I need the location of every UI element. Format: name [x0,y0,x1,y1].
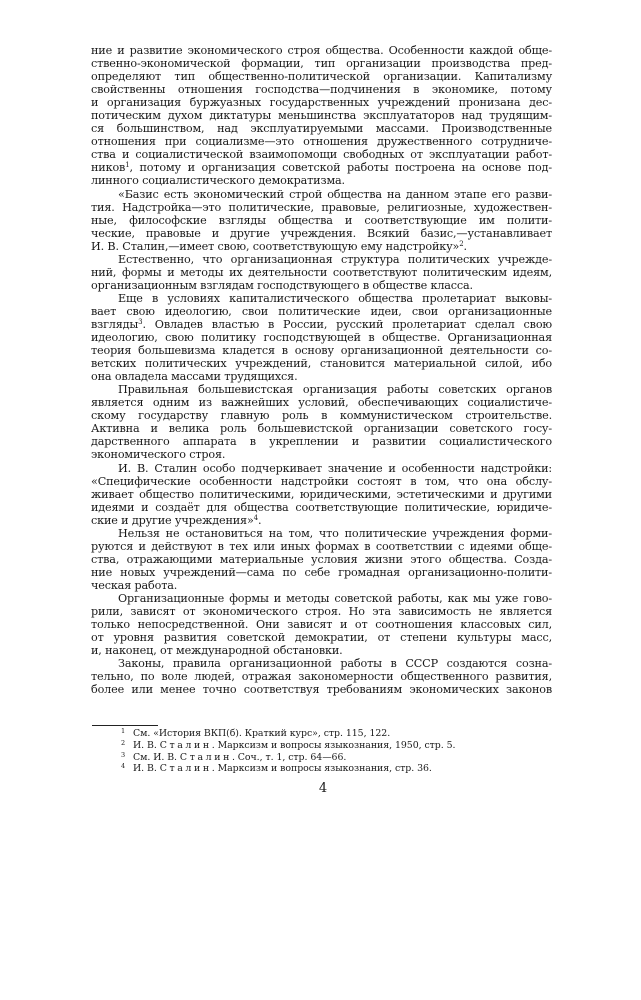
text-line: вает свою идеологию, свои политические и… [91,305,552,318]
line-text-continued: , потому и организация советской работы … [130,161,552,174]
line-text: живает общество политическими, юридическ… [91,488,552,501]
text-line: организационным взглядам господствующего… [91,279,552,292]
text-line: от уровня развития советской демократии,… [91,631,552,644]
footnote-author: Сталин [180,752,232,763]
line-text: определяют тип общественно-политической … [91,70,552,83]
text-line: теория большевизма кладется в основу орг… [91,344,552,357]
text-line: и организация буржуазных государственных… [91,96,552,109]
line-text: Организационные формы и методы советской… [118,592,552,605]
text-line: ства и социалистической взаимопомощи сво… [91,148,552,161]
line-text: экономического строя. [91,448,225,461]
text-line: является одним из важнейших условий, обе… [91,396,552,409]
text-line: И. В. Сталин особо подчеркивает значение… [91,462,552,475]
footnote-author: Сталин [160,740,212,751]
text-line: только непосредственной. Они зависят и о… [91,618,552,631]
text-line: скому государству главную роль в коммуни… [91,409,552,422]
text-line: более или менее точно соответствуя требо… [91,683,552,696]
line-text: И. В. Сталин особо подчеркивает значение… [118,462,552,475]
line-text: является одним из важнейших условий, обе… [91,396,552,409]
text-line: И. В. Сталин,—имеет свою, соответствующу… [91,240,552,253]
text-line: ства, отражающими материальные условия ж… [91,553,552,566]
text-line: Нельзя не остановиться на том, что полит… [91,527,552,540]
text-line: ческие, правовые и другие учреждения. Вс… [91,227,552,240]
line-text: ские и другие учреждения» [91,514,254,527]
footnote-text-continued: . Соч., т. 1, стр. 64—66. [232,752,346,763]
line-text: скому государству главную роль в коммуни… [91,409,552,422]
footnote: 4И. В. Сталин. Марксизм и вопросы языкоз… [121,763,541,775]
line-text: Естественно, что организационная структу… [118,253,552,266]
line-text: линного социалистического демократизма. [91,174,345,187]
line-text: и организация буржуазных государственных… [91,96,552,109]
footnotes: 1См. «История ВКП(б). Краткий курс», стр… [121,728,541,775]
line-text: она овладела массами трудящихся. [91,370,298,383]
line-text: «Базис есть экономический строй общества… [118,188,552,201]
text-line: ся большинством, над эксплуатируемыми ма… [91,122,552,135]
text-line: линного социалистического демократизма. [91,174,552,187]
line-text: ческие, правовые и другие учреждения. Вс… [91,227,552,240]
line-text-continued: . Овладев властью в России, русский прол… [142,318,552,331]
text-line: рили, зависят от экономического строя. Н… [91,605,552,618]
line-text: организационным взглядам господствующего… [91,279,473,292]
text-line: она овладела массами трудящихся. [91,370,552,383]
text-line: ские и другие учреждения»4. [91,514,552,527]
text-line: свойственны отношения господства—подчине… [91,83,552,96]
footnote-divider [92,725,158,726]
text-line: дарственного аппарата в укреплении и раз… [91,435,552,448]
text-line: Еще в условиях капиталистического общест… [91,292,552,305]
line-text: рили, зависят от экономического строя. Н… [91,605,552,618]
text-line: Правильная большевистская организация ра… [91,383,552,396]
line-text: Нельзя не остановиться на том, что полит… [118,527,552,540]
line-text: свойственны отношения господства—подчине… [91,83,552,96]
text-line: ветских политических учреждений, станови… [91,357,552,370]
text-line: «Базис есть экономический строй общества… [91,188,552,201]
text-line: и, наконец, от международной обстановки. [91,644,552,657]
text-line: потическим духом диктатуры меньшинства э… [91,109,552,122]
document-page: ние и развитие экономического строя обще… [0,0,641,1000]
line-text: ние и развитие экономического строя обще… [91,44,552,57]
footnote-text: И. В. [133,763,160,774]
footnote: 2И. В. Сталин. Марксизм и вопросы языкоз… [121,740,541,752]
line-text: ческая работа. [91,579,177,592]
line-text: отношения при социализме—это отношения д… [91,135,552,148]
line-text: идеями и создаёт для общества соответств… [91,501,552,514]
text-line: определяют тип общественно-политической … [91,70,552,83]
text-line: ний, формы и методы их деятельности соот… [91,266,552,279]
line-text: ства и социалистической взаимопомощи сво… [91,148,552,161]
line-text: вает свою идеологию, свои политические и… [91,305,552,318]
line-text: и, наконец, от международной обстановки. [91,644,343,657]
line-text: «Специфические особенности надстройки со… [91,475,552,488]
text-line: ческая работа. [91,579,552,592]
line-text-continued: . [258,514,261,527]
line-text: Законы, правила организационной работы в… [118,657,552,670]
text-line: отношения при социализме—это отношения д… [91,135,552,148]
line-text: ветских политических учреждений, станови… [91,357,552,370]
text-line: ние и развитие экономического строя обще… [91,44,552,57]
page-number: 4 [317,781,329,796]
line-text: более или менее точно соответствуя требо… [91,683,552,696]
text-line: руются и действуют в тех или иных формах… [91,540,552,553]
text-line: идеологию, свою политику господствующей … [91,331,552,344]
footnote: 3См. И. В. Сталин. Соч., т. 1, стр. 64—6… [121,752,541,764]
text-line: идеями и создаёт для общества соответств… [91,501,552,514]
line-text: Еще в условиях капиталистического общест… [118,292,552,305]
text-line: ные, философские взгляды общества и соот… [91,214,552,227]
line-text: Правильная большевистская организация ра… [118,383,552,396]
line-text: потическим духом диктатуры меньшинства э… [91,109,552,122]
line-text: ний, формы и методы их деятельности соот… [91,266,552,279]
line-text: ников [91,161,125,174]
line-text: только непосредственной. Они зависят и о… [91,618,552,631]
text-line: ников1, потому и организация советской р… [91,161,552,174]
line-text: И. В. Сталин,—имеет свою, соответствующу… [91,240,459,253]
text-line: живает общество политическими, юридическ… [91,488,552,501]
line-text: тия. Надстройка—это политические, правов… [91,201,552,214]
line-text: ственно-экономической формации, тип орга… [91,57,552,70]
footnote: 1См. «История ВКП(б). Краткий курс», стр… [121,728,541,740]
text-line: Естественно, что организационная структу… [91,253,552,266]
text-line: экономического строя. [91,448,552,461]
text-line: Активна и велика роль большевистской орг… [91,422,552,435]
line-text: взгляды [91,318,138,331]
line-text: руются и действуют в тех или иных формах… [91,540,552,553]
footnote-text: И. В. [133,740,160,751]
line-text: ние новых учреждений—сама по себе громад… [91,566,552,579]
text-line: «Специфические особенности надстройки со… [91,475,552,488]
footnote-text-continued: . Марксизм и вопросы языкознания, 1950, … [212,740,456,751]
footnote-author: Сталин [160,763,212,774]
text-line: ние новых учреждений—сама по себе громад… [91,566,552,579]
text-line: Законы, правила организационной работы в… [91,657,552,670]
text-line: тия. Надстройка—это политические, правов… [91,201,552,214]
line-text: тельно, по воле людей, отражая закономер… [91,670,552,683]
footnote-text: См. И. В. [133,752,180,763]
line-text: ся большинством, над эксплуатируемыми ма… [91,122,552,135]
text-line: взгляды3. Овладев властью в России, русс… [91,318,552,331]
text-line: Организационные формы и методы советской… [91,592,552,605]
body-text: ние и развитие экономического строя обще… [91,44,552,696]
line-text-continued: . [464,240,467,253]
line-text: ства, отражающими материальные условия ж… [91,553,552,566]
line-text: Активна и велика роль большевистской орг… [91,422,552,435]
line-text: теория большевизма кладется в основу орг… [91,344,552,357]
line-text: ные, философские взгляды общества и соот… [91,214,552,227]
line-text: дарственного аппарата в укреплении и раз… [91,435,552,448]
text-line: тельно, по воле людей, отражая закономер… [91,670,552,683]
line-text: от уровня развития советской демократии,… [91,631,552,644]
text-line: ственно-экономической формации, тип орга… [91,57,552,70]
line-text: идеологию, свою политику господствующей … [91,331,552,344]
footnote-text: См. «История ВКП(б). Краткий курс», стр.… [133,728,390,739]
footnote-text-continued: . Марксизм и вопросы языкознания, стр. 3… [212,763,432,774]
